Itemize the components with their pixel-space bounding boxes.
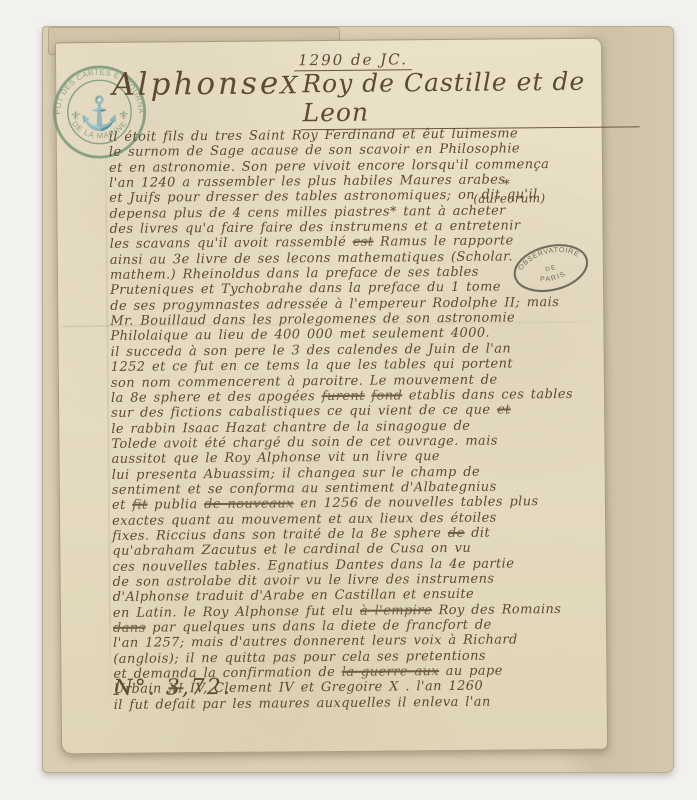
struck-text-segment: la guerre aux (342, 664, 439, 680)
text-segment: et (112, 498, 132, 513)
struck-text-segment: est (353, 235, 374, 250)
text-segment: la 8e sphere et des apogées (111, 389, 322, 406)
text-segment: les scavans qu'il avoit rassemblé (110, 235, 353, 252)
struck-text-segment: à l'empire (360, 603, 432, 619)
struck-text-segment: fit (132, 498, 148, 513)
fleur-de-lis-right-icon: ⚜ (118, 108, 129, 122)
catalog-number: N°. 3,72. (113, 675, 231, 701)
body-lines: il étoit fils du tres Saint Roy Ferdinan… (109, 126, 592, 713)
text-segment: Ramus le rapporte (373, 234, 513, 250)
text-segment: en 1256 de nouvelles tables plus (294, 494, 539, 511)
title-rest: Roy de Castille et de Leon (300, 66, 640, 130)
title-numeral: X (280, 71, 297, 99)
margin-asterisk: * (503, 177, 510, 192)
title-row: Alphonse X Roy de Castille et de Leon (56, 61, 601, 110)
fleur-de-lis-left-icon: ⚜ (70, 109, 81, 123)
struck-text-segment: furent (322, 389, 365, 404)
text-segment: publia (148, 497, 205, 512)
margin-note-aureorum: (aureorum) (473, 191, 545, 206)
struck-text-segment: de nouveaux (204, 497, 294, 513)
title-name: Alphonse (112, 65, 281, 102)
scanned-manuscript: DEPOT DES CARTES ET JOURNAUX DE LA MARIN… (0, 0, 697, 800)
text-segment: Tolede avoit été chargé du soin de cet o… (111, 433, 498, 451)
struck-text-segment: et (497, 403, 511, 418)
struck-text-segment: dans (113, 621, 146, 636)
text-segment: Roy des Romains (432, 602, 561, 618)
text-segment: en Latin. le Roy Alphonse fut elu (113, 603, 360, 620)
manuscript-page: DEPOT DES CARTES ET JOURNAUX DE LA MARIN… (55, 38, 608, 755)
text-segment: dit (465, 526, 491, 541)
text-segment: au pape (439, 664, 503, 680)
struck-text-segment: de (448, 526, 465, 541)
struck-text-segment: fond (371, 388, 402, 403)
text-segment: etablis dans ces tables (402, 387, 573, 403)
